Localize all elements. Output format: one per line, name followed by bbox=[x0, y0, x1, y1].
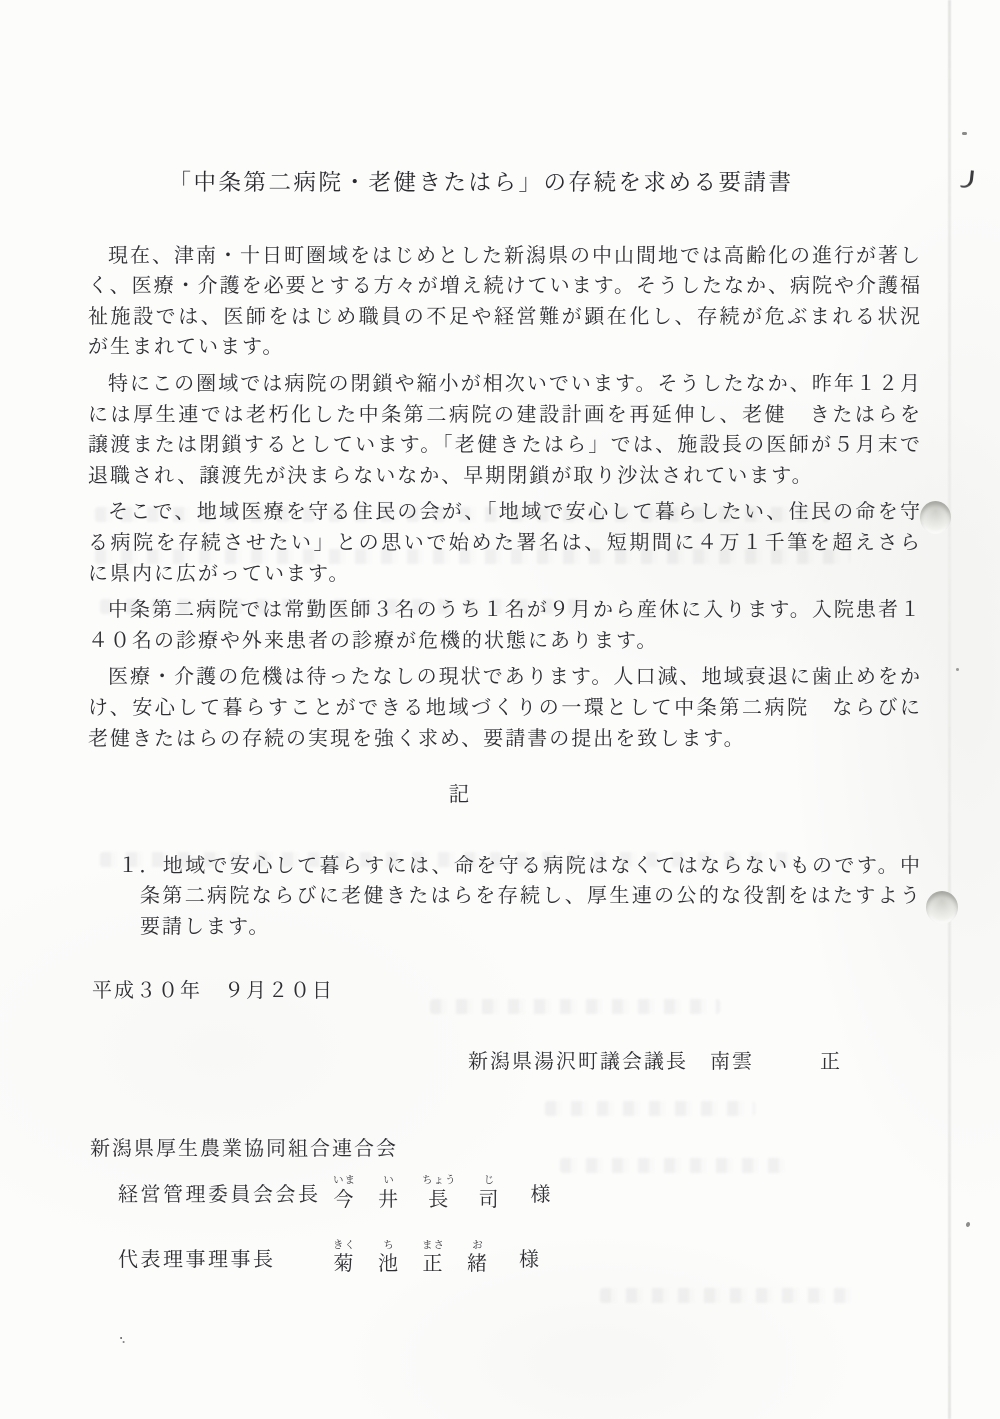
recipient-2-name: 菊きく 池ち 正まさ 緒お bbox=[333, 1241, 511, 1276]
ki-heading: 記 bbox=[43, 780, 877, 811]
recipient-1-honorific: 様 bbox=[531, 1180, 553, 1211]
name-char: 今いま bbox=[333, 1176, 356, 1211]
ink-mark bbox=[965, 1221, 970, 1227]
recipient-1-name: 今いま 井い 長ちょう 司じ bbox=[333, 1176, 523, 1211]
punch-hole-shadow bbox=[920, 501, 951, 534]
recipient-row-2: 代表理事理事長 菊きく 池ち 正まさ 緒お 様 bbox=[118, 1241, 922, 1276]
recipient-organization: 新潟県厚生農業協同組合連合会 bbox=[90, 1134, 922, 1165]
request-item-number: １． bbox=[118, 855, 161, 877]
name-kanji: 正 bbox=[423, 1254, 445, 1275]
name-furigana: ちょう bbox=[422, 1176, 457, 1187]
name-furigana: お bbox=[472, 1241, 484, 1252]
page-fold-shadow bbox=[948, 0, 951, 1419]
paragraph-2: 特にこの圏域では病院の閉鎖や縮小が相次いでいます。そうしたなか、昨年１２月には厚… bbox=[88, 369, 922, 491]
ink-mark bbox=[119, 1336, 126, 1344]
name-kanji: 今 bbox=[334, 1190, 356, 1211]
request-item-text: 地域で安心して暮らすには、命を守る病院はなくてはならないものです。中条第二病院な… bbox=[140, 855, 922, 938]
paragraph-4: 中条第二病院では常勤医師３名のうち１名が９月から産休に入ります。入院患者１４０名… bbox=[88, 595, 922, 656]
name-kanji: 池 bbox=[378, 1254, 400, 1275]
bleedthrough-text-shadow bbox=[600, 1288, 860, 1303]
signature-line: 新潟県湯沢町議会議長 南雲 正 bbox=[88, 1047, 922, 1078]
name-furigana: じ bbox=[484, 1176, 496, 1187]
name-char: 長ちょう bbox=[422, 1176, 457, 1211]
document-date: 平成３０年 ９月２０日 bbox=[92, 976, 922, 1007]
paragraph-5: 医療・介護の危機は待ったなしの現状であります。人口減、地域衰退に歯止めをかけ、安… bbox=[88, 662, 922, 754]
name-furigana: いま bbox=[333, 1176, 356, 1187]
recipient-2-honorific: 様 bbox=[519, 1245, 541, 1276]
name-char: 菊きく bbox=[333, 1241, 356, 1276]
name-kanji: 菊 bbox=[334, 1254, 356, 1275]
ink-mark bbox=[960, 169, 974, 188]
name-char: 正まさ bbox=[422, 1241, 445, 1276]
recipient-1-title: 経営管理委員会会長 bbox=[118, 1180, 333, 1211]
name-furigana: ち bbox=[383, 1241, 395, 1252]
punch-hole-shadow bbox=[926, 891, 958, 924]
recipient-row-1: 経営管理委員会会長 今いま 井い 長ちょう 司じ 様 bbox=[118, 1176, 922, 1211]
name-kanji: 井 bbox=[378, 1190, 400, 1211]
name-kanji: 緒 bbox=[467, 1254, 489, 1275]
document-content: 「中条第二病院・老健きたはら」の存続を求める要請書 現在、津南・十日町圏域をはじ… bbox=[88, 0, 922, 1275]
name-furigana: きく bbox=[333, 1241, 356, 1252]
name-char: 池ち bbox=[378, 1241, 400, 1276]
ink-mark bbox=[962, 132, 967, 135]
request-item-1: １．地域で安心して暮らすには、命を守る病院はなくてはならないものです。中条第二病… bbox=[118, 851, 922, 943]
ink-mark bbox=[956, 668, 959, 671]
name-char: 司じ bbox=[479, 1176, 501, 1211]
paragraph-1: 現在、津南・十日町圏域をはじめとした新潟県の中山間地では高齢化の進行が著しく、医… bbox=[88, 241, 922, 363]
name-char: 緒お bbox=[467, 1241, 489, 1276]
document-title: 「中条第二病院・老健きたはら」の存続を求める要請書 bbox=[64, 0, 898, 199]
recipient-2-title: 代表理事理事長 bbox=[118, 1245, 333, 1276]
name-kanji: 司 bbox=[479, 1190, 501, 1211]
paragraph-3: そこで、地域医療を守る住民の会が、「地域で安心して暮らしたい、住民の命を守る病院… bbox=[88, 497, 922, 589]
name-kanji: 長 bbox=[428, 1190, 450, 1211]
name-furigana: い bbox=[383, 1176, 395, 1187]
name-furigana: まさ bbox=[422, 1241, 445, 1252]
scanned-document-page: 「中条第二病院・老健きたはら」の存続を求める要請書 現在、津南・十日町圏域をはじ… bbox=[0, 0, 1000, 1419]
name-char: 井い bbox=[378, 1176, 400, 1211]
